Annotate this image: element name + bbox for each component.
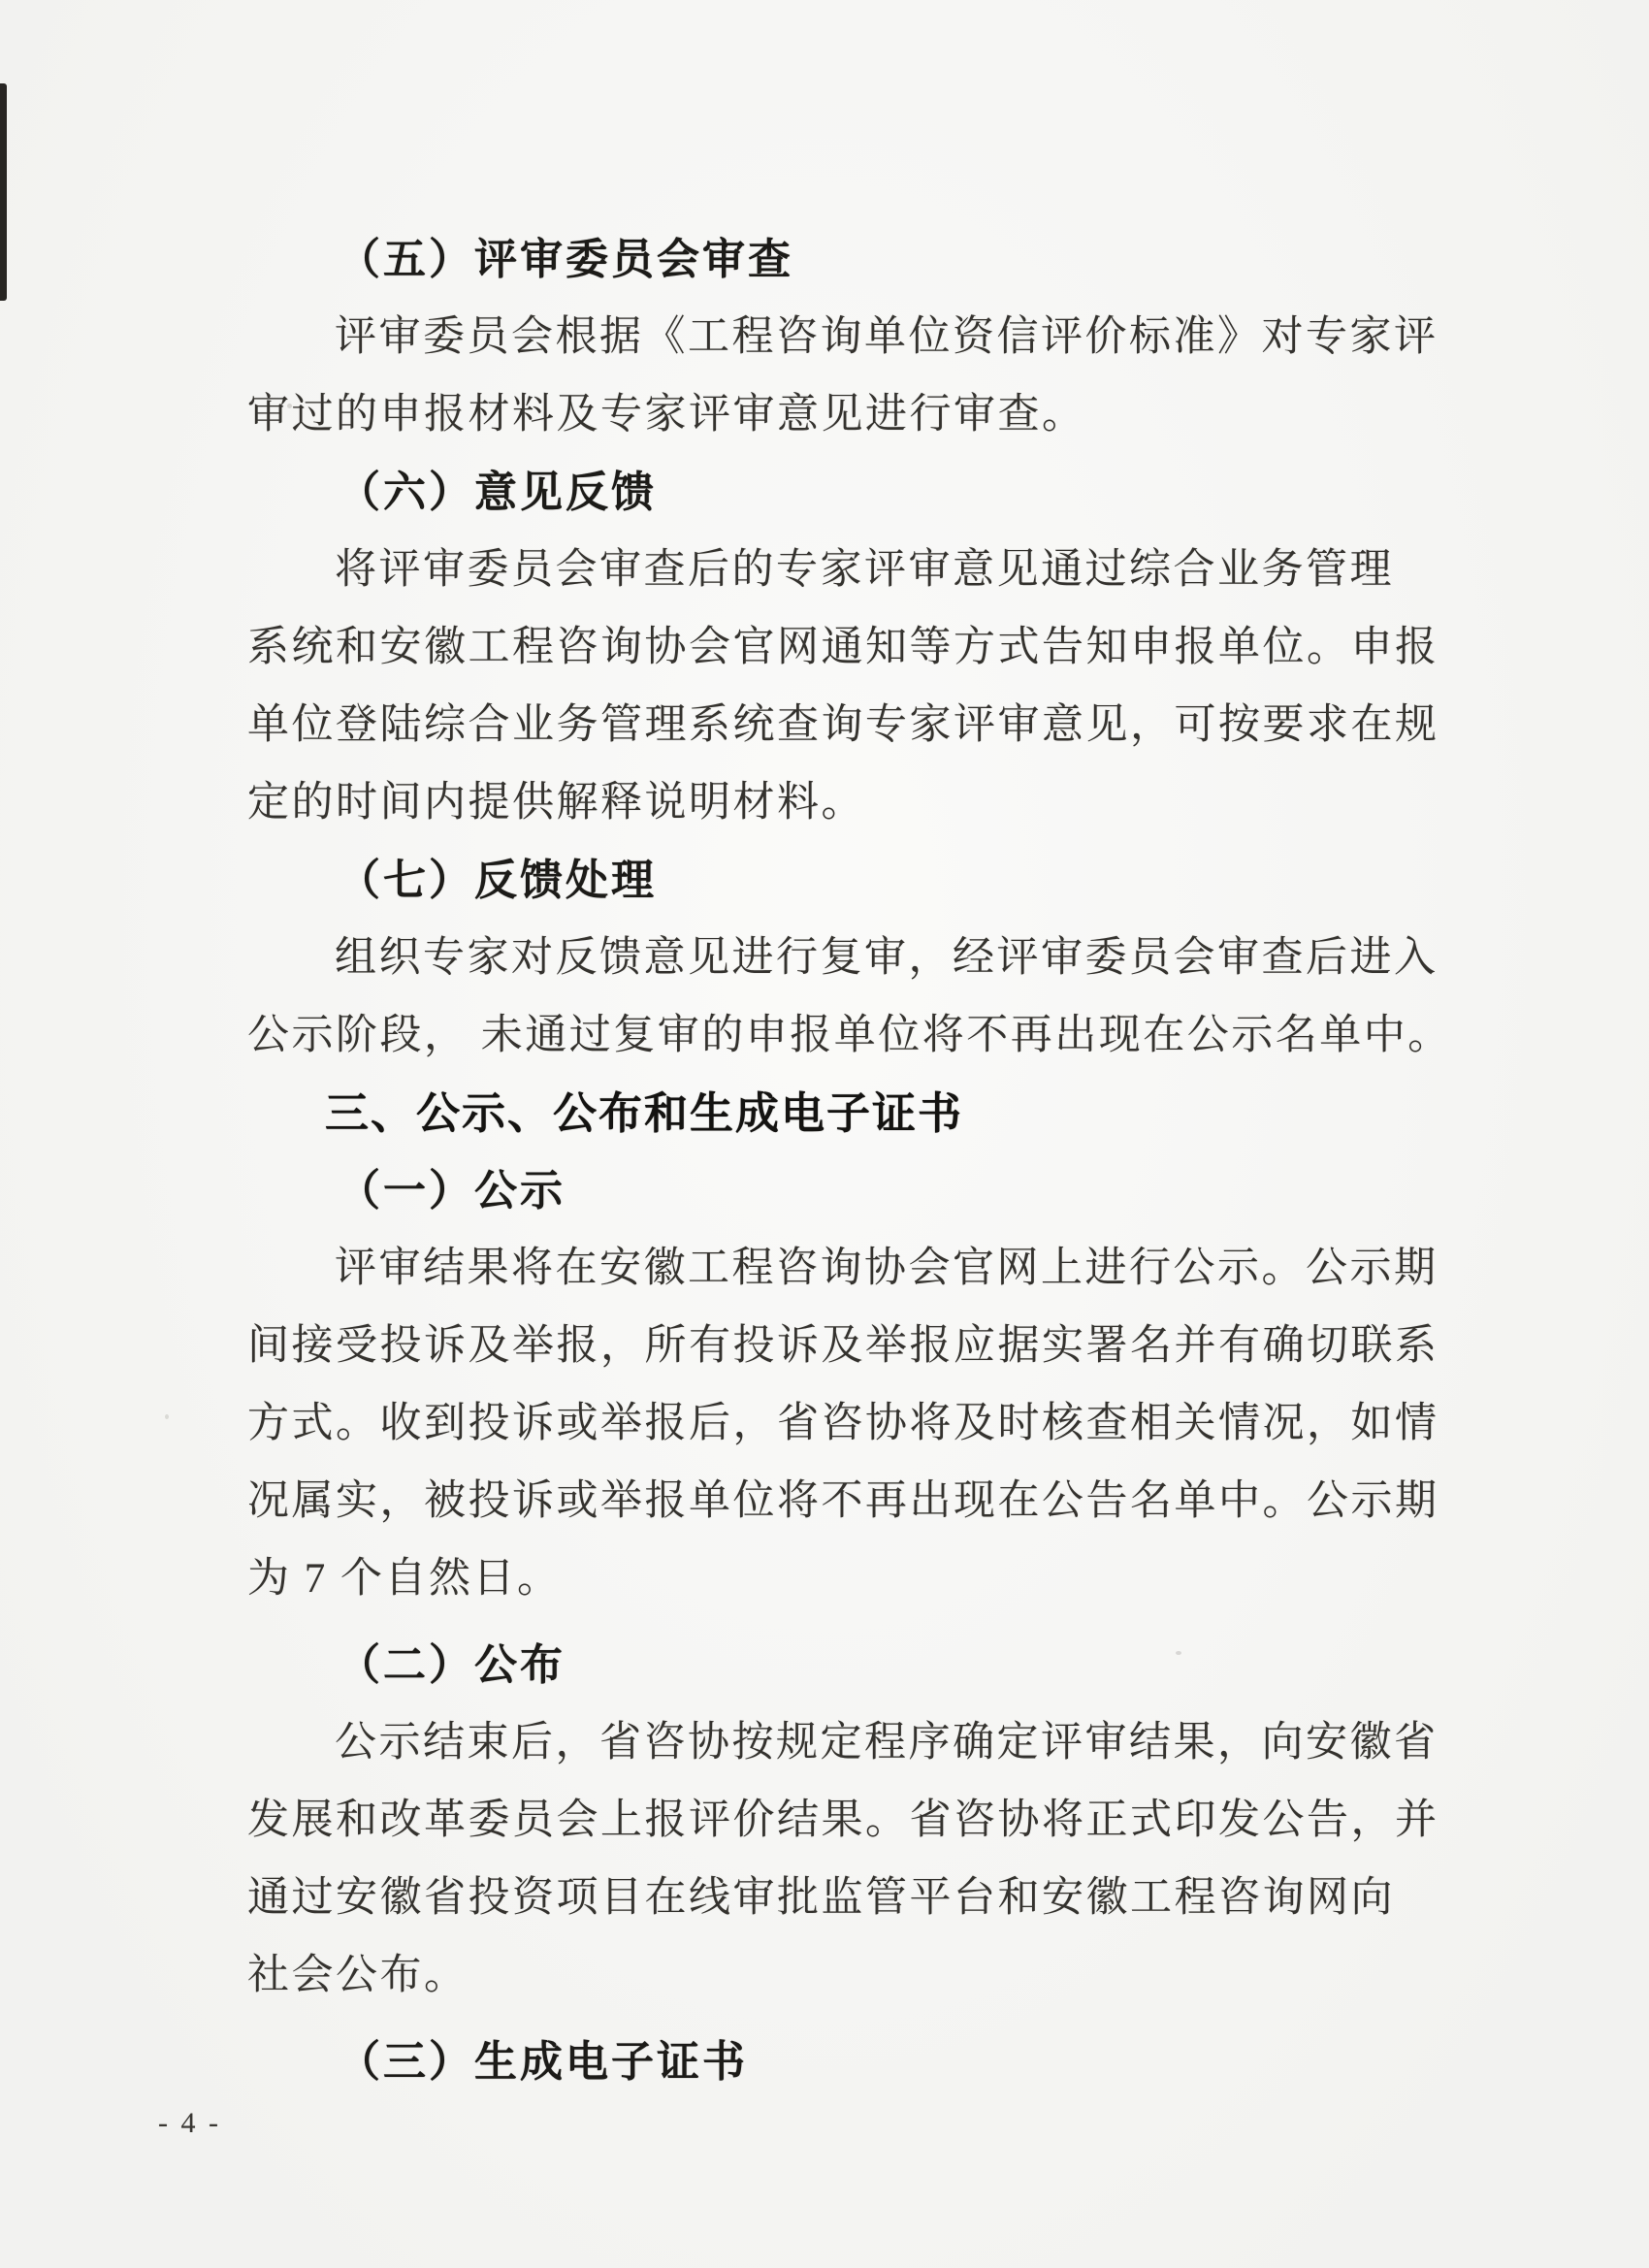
body-line: 系统和安徽工程咨询协会官网通知等方式告知申报单位。申报 bbox=[0, 609, 1649, 687]
body-line: 公示结束后，省咨协按规定程序确定评审结果，向安徽省 bbox=[0, 1704, 1649, 1782]
body-line: 评审委员会根据《工程咨询单位资信评价标准》对专家评 bbox=[0, 299, 1649, 376]
document-content: （五）评审委员会审查 评审委员会根据《工程咨询单位资信评价标准》对专家评 审过的… bbox=[0, 221, 1649, 2101]
body-line: 组织专家对反馈意见进行复审，经评审委员会审查后进入 bbox=[0, 920, 1649, 997]
scan-edge-artifact bbox=[0, 83, 7, 301]
subsection-heading: （五）评审委员会审查 bbox=[0, 221, 1649, 299]
section-heading: 三、公示、公布和生成电子证书 bbox=[0, 1075, 1649, 1152]
body-line: 将评审委员会审查后的专家评审意见通过综合业务管理 bbox=[0, 532, 1649, 609]
subsection-heading: （三）生成电子证书 bbox=[0, 2024, 1649, 2101]
page-number: - 4 - bbox=[158, 2107, 221, 2140]
body-line: 况属实，被投诉或举报单位将不再出现在公告名单中。公示期 bbox=[0, 1463, 1649, 1540]
body-line: 审过的申报材料及专家评审意见进行审查。 bbox=[0, 376, 1649, 454]
subsection-heading: （二）公布 bbox=[0, 1627, 1649, 1704]
body-line: 单位登陆综合业务管理系统查询专家评审意见，可按要求在规 bbox=[0, 687, 1649, 764]
body-line: 公示阶段， 未通过复审的申报单位将不再出现在公示名单中。 bbox=[0, 997, 1649, 1075]
body-line: 间接受投诉及举报，所有投诉及举报应据实署名并有确切联系 bbox=[0, 1308, 1649, 1385]
subsection-heading: （一）公示 bbox=[0, 1152, 1649, 1230]
body-line: 为 7 个自然日。 bbox=[0, 1540, 1649, 1618]
subsection-heading: （七）反馈处理 bbox=[0, 842, 1649, 920]
body-line: 评审结果将在安徽工程咨询协会官网上进行公示。公示期 bbox=[0, 1230, 1649, 1308]
scanned-document-page: （五）评审委员会审查 评审委员会根据《工程咨询单位资信评价标准》对专家评 审过的… bbox=[0, 0, 1649, 2268]
body-line: 发展和改革委员会上报评价结果。省咨协将正式印发公告，并 bbox=[0, 1782, 1649, 1860]
body-line: 通过安徽省投资项目在线审批监管平台和安徽工程咨询网向 bbox=[0, 1860, 1649, 1937]
subsection-heading: （六）意见反馈 bbox=[0, 454, 1649, 532]
body-line: 方式。收到投诉或举报后，省咨协将及时核查相关情况，如情 bbox=[0, 1385, 1649, 1463]
body-line: 社会公布。 bbox=[0, 1937, 1649, 2015]
body-line: 定的时间内提供解释说明材料。 bbox=[0, 764, 1649, 842]
